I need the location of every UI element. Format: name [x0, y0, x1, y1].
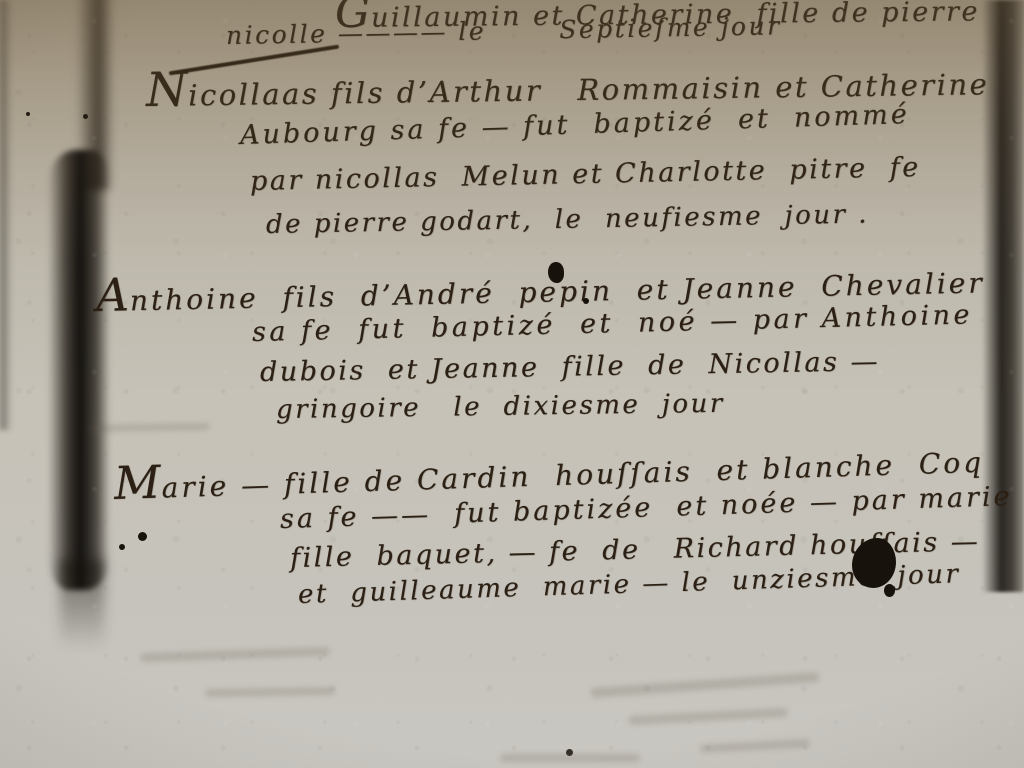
ink-speck	[83, 114, 88, 119]
left-edge-shadow	[0, 0, 12, 430]
ink-speck	[26, 112, 30, 116]
ink-blot-small	[548, 262, 564, 283]
ink-speck	[583, 298, 589, 304]
top-entry-line-2: nicolle ———— le Septieſme jour	[226, 12, 782, 50]
anthoine-entry-line-3: dubois et Jeanne fille de Nicollas —	[260, 346, 880, 388]
bleed-through-mark	[140, 647, 330, 663]
bleed-through-mark	[500, 754, 640, 762]
bleed-through-mark	[205, 687, 335, 697]
ink-speck	[138, 532, 147, 541]
anthoine-entry-line-4: gringoire le dixiesme jour	[276, 390, 725, 426]
ink-speck	[119, 544, 125, 550]
bleed-through-mark	[90, 423, 210, 432]
bleed-through-mark	[628, 708, 788, 725]
nicollas-entry-line-4: de pierre godart, le neufiesme jour .	[266, 200, 869, 240]
book-gutter-shadow-fade	[60, 560, 104, 650]
bleed-through-mark	[700, 739, 810, 753]
bleed-through-mark	[590, 672, 820, 698]
nicollas-entry-line-3: par nicollas Melun et Charlotte pitre fe	[250, 152, 921, 197]
manuscript-photo: Guillaumin et Catherine fille de pierre …	[0, 0, 1024, 768]
ink-blot-drip	[884, 584, 895, 597]
book-gutter-shadow	[48, 150, 110, 590]
